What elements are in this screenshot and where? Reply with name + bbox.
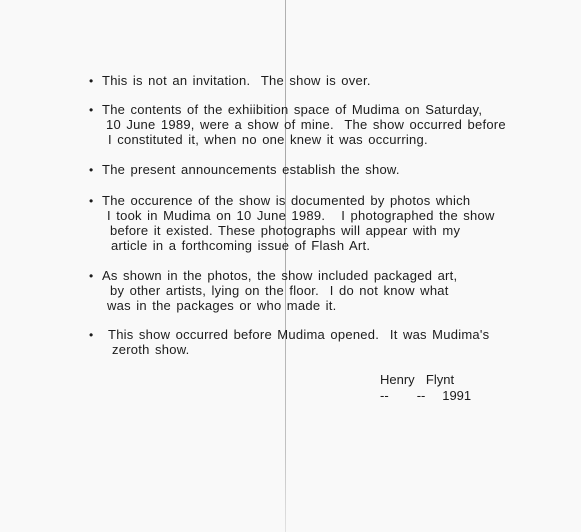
paragraph-line: article in a forthcoming issue of Flash … — [111, 238, 370, 253]
paragraph-line: This show occurred before Mudima opened.… — [108, 327, 489, 342]
paragraph-line: This is not an invitation. The show is o… — [102, 73, 371, 88]
paragraph-line: The present announcements establish the … — [102, 162, 400, 177]
paragraph-line: before it existed. These photographs wil… — [110, 223, 460, 238]
paragraph-line: was in the packages or who made it. — [107, 298, 337, 313]
bullet: • — [89, 103, 93, 118]
bullet: • — [89, 74, 93, 89]
signature-name: Henry Flynt — [380, 372, 454, 387]
paragraph-line: 10 June 1989, were a show of mine. The s… — [106, 117, 506, 132]
signature-date: -- -- 1991 — [380, 388, 471, 403]
paragraph-line: The contents of the exhiibition space of… — [102, 102, 482, 117]
paragraph-line: by other artists, lying on the floor. I … — [110, 283, 449, 298]
paragraph-line: I constituted it, when no one knew it wa… — [108, 132, 428, 147]
paragraph-line: zeroth show. — [112, 342, 190, 357]
paragraph-line: The occurence of the show is documented … — [102, 193, 470, 208]
paragraph-line: I took in Mudima on 10 June 1989. I phot… — [107, 208, 495, 223]
bullet: • — [89, 269, 93, 284]
bullet: • — [89, 163, 93, 178]
bullet: • — [89, 328, 93, 343]
paragraph-line: As shown in the photos, the show include… — [102, 268, 457, 283]
bullet: • — [89, 194, 93, 209]
